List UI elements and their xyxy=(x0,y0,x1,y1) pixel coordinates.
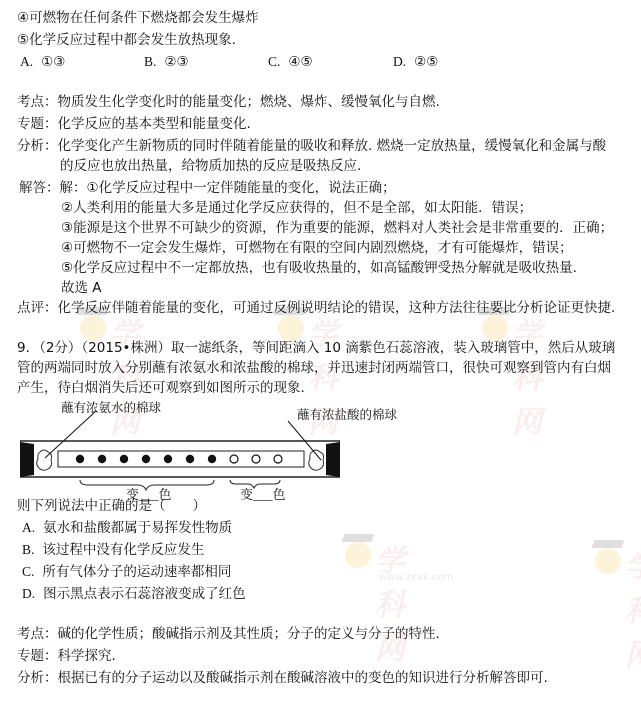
tube-svg xyxy=(20,398,340,500)
q9-stem-2: 管的两端同时放入分别蘸有浓氨水和浓盐酸的棉球，并迅速封闭两端管口，很快可观察到管… xyxy=(17,358,611,378)
q9-kaodian: 考点：碱的化学性质；酸碱指示剂及其性质；分子的定义与分子的特性. xyxy=(17,624,440,644)
q8-jieda: 解答：解：①化学反应过程中一定伴随能量的变化，说法正确； xyxy=(19,178,396,198)
q8-jieda-2: ②人类利用的能量大多是通过化学反应获得的，但不是全部，如太阳能．错误； xyxy=(61,198,532,218)
right-color-blank: 变___色 xyxy=(240,484,286,503)
q8-zhuanti: 专题：化学反应的基本类型和能量变化. xyxy=(17,114,251,134)
q8-jieda-3: ③能源是这个世界不可缺少的资源，作为重要的能源，燃料对人类社会是非常重要的．正确… xyxy=(61,218,613,238)
q9-option-d: D.图示黑点表示石蕊溶液变成了红色 xyxy=(22,584,246,604)
q9-fenxi: 分析：根据已有的分子运动以及酸碱指示剂在酸碱溶液中的变色的知识进行分析解答即可. xyxy=(17,668,548,688)
statement-5: ⑤化学反应过程中都会发生放热现象. xyxy=(17,30,236,50)
q8-answer: 故选 A xyxy=(61,278,102,298)
q9-option-b: B.该过程中没有化学反应发生 xyxy=(22,540,204,560)
statement-4: ④可燃物在任何条件下燃烧都会发生爆炸 xyxy=(17,8,259,28)
q8-option-b: B.②③ xyxy=(144,52,189,72)
q8-fenxi: 分析：化学变化产生新物质的同时伴随着能量的吸收和释放. 燃烧一定放热量，缓慢氧化… xyxy=(17,136,606,156)
q8-option-a: A.①③ xyxy=(20,52,65,72)
jieda-label: 解答： xyxy=(19,180,60,196)
dianping-label: 点评： xyxy=(17,300,58,316)
q8-option-d: D.②⑤ xyxy=(393,52,438,72)
kaodian-label: 考点： xyxy=(17,94,58,110)
kaodian-label: 考点： xyxy=(17,626,58,642)
fenxi-label: 分析： xyxy=(17,670,58,686)
q9-stem-3: 产生，待白烟消失后还可观察到如图所示的现象. xyxy=(17,378,305,398)
q8-option-c: C.④⑤ xyxy=(268,52,313,72)
fenxi-label: 分析： xyxy=(17,138,58,154)
q9-option-c: C.所有气体分子的运动速率都相同 xyxy=(22,562,231,582)
q8-fenxi-cont: 的反应也放出热量，给物质加热的反应是吸热反应. xyxy=(60,156,361,176)
q8-dianping: 点评：化学反应伴随着能量的变化，可通过反例说明结论的错误，这种方法往往要比分析论… xyxy=(17,298,615,318)
zhuanti-label: 专题： xyxy=(17,116,58,132)
q9-question: 则下列说法中正确的是（ ） xyxy=(17,496,206,516)
q9-zhuanti: 专题：科学探究. xyxy=(17,646,116,666)
glass-tube-diagram: 蘸有浓氨水的棉球 蘸有浓盐酸的棉球 变___色 变___色 xyxy=(20,398,340,500)
q8-kaodian: 考点：物质发生化学变化时的能量变化；燃烧、爆炸、缓慢氧化与自燃. xyxy=(17,92,440,112)
q9-stem-1: 9．（2分）（2015•株洲）取一滤纸条，等间距滴入 10 滴紫色石蕊溶液，装入… xyxy=(17,338,615,358)
zhuanti-label: 专题： xyxy=(17,648,58,664)
q8-jieda-4: ④可燃物不一定会发生爆炸，可燃物在有限的空间内剧烈燃烧，才有可能爆炸，错误； xyxy=(61,238,573,258)
q8-jieda-5: ⑤化学反应过程中不一定都放热，也有吸收热量的，如高锰酸钾受热分解就是吸收热量． xyxy=(61,258,586,278)
q9-option-a: A.氨水和盐酸都属于易挥发性物质 xyxy=(22,518,232,538)
